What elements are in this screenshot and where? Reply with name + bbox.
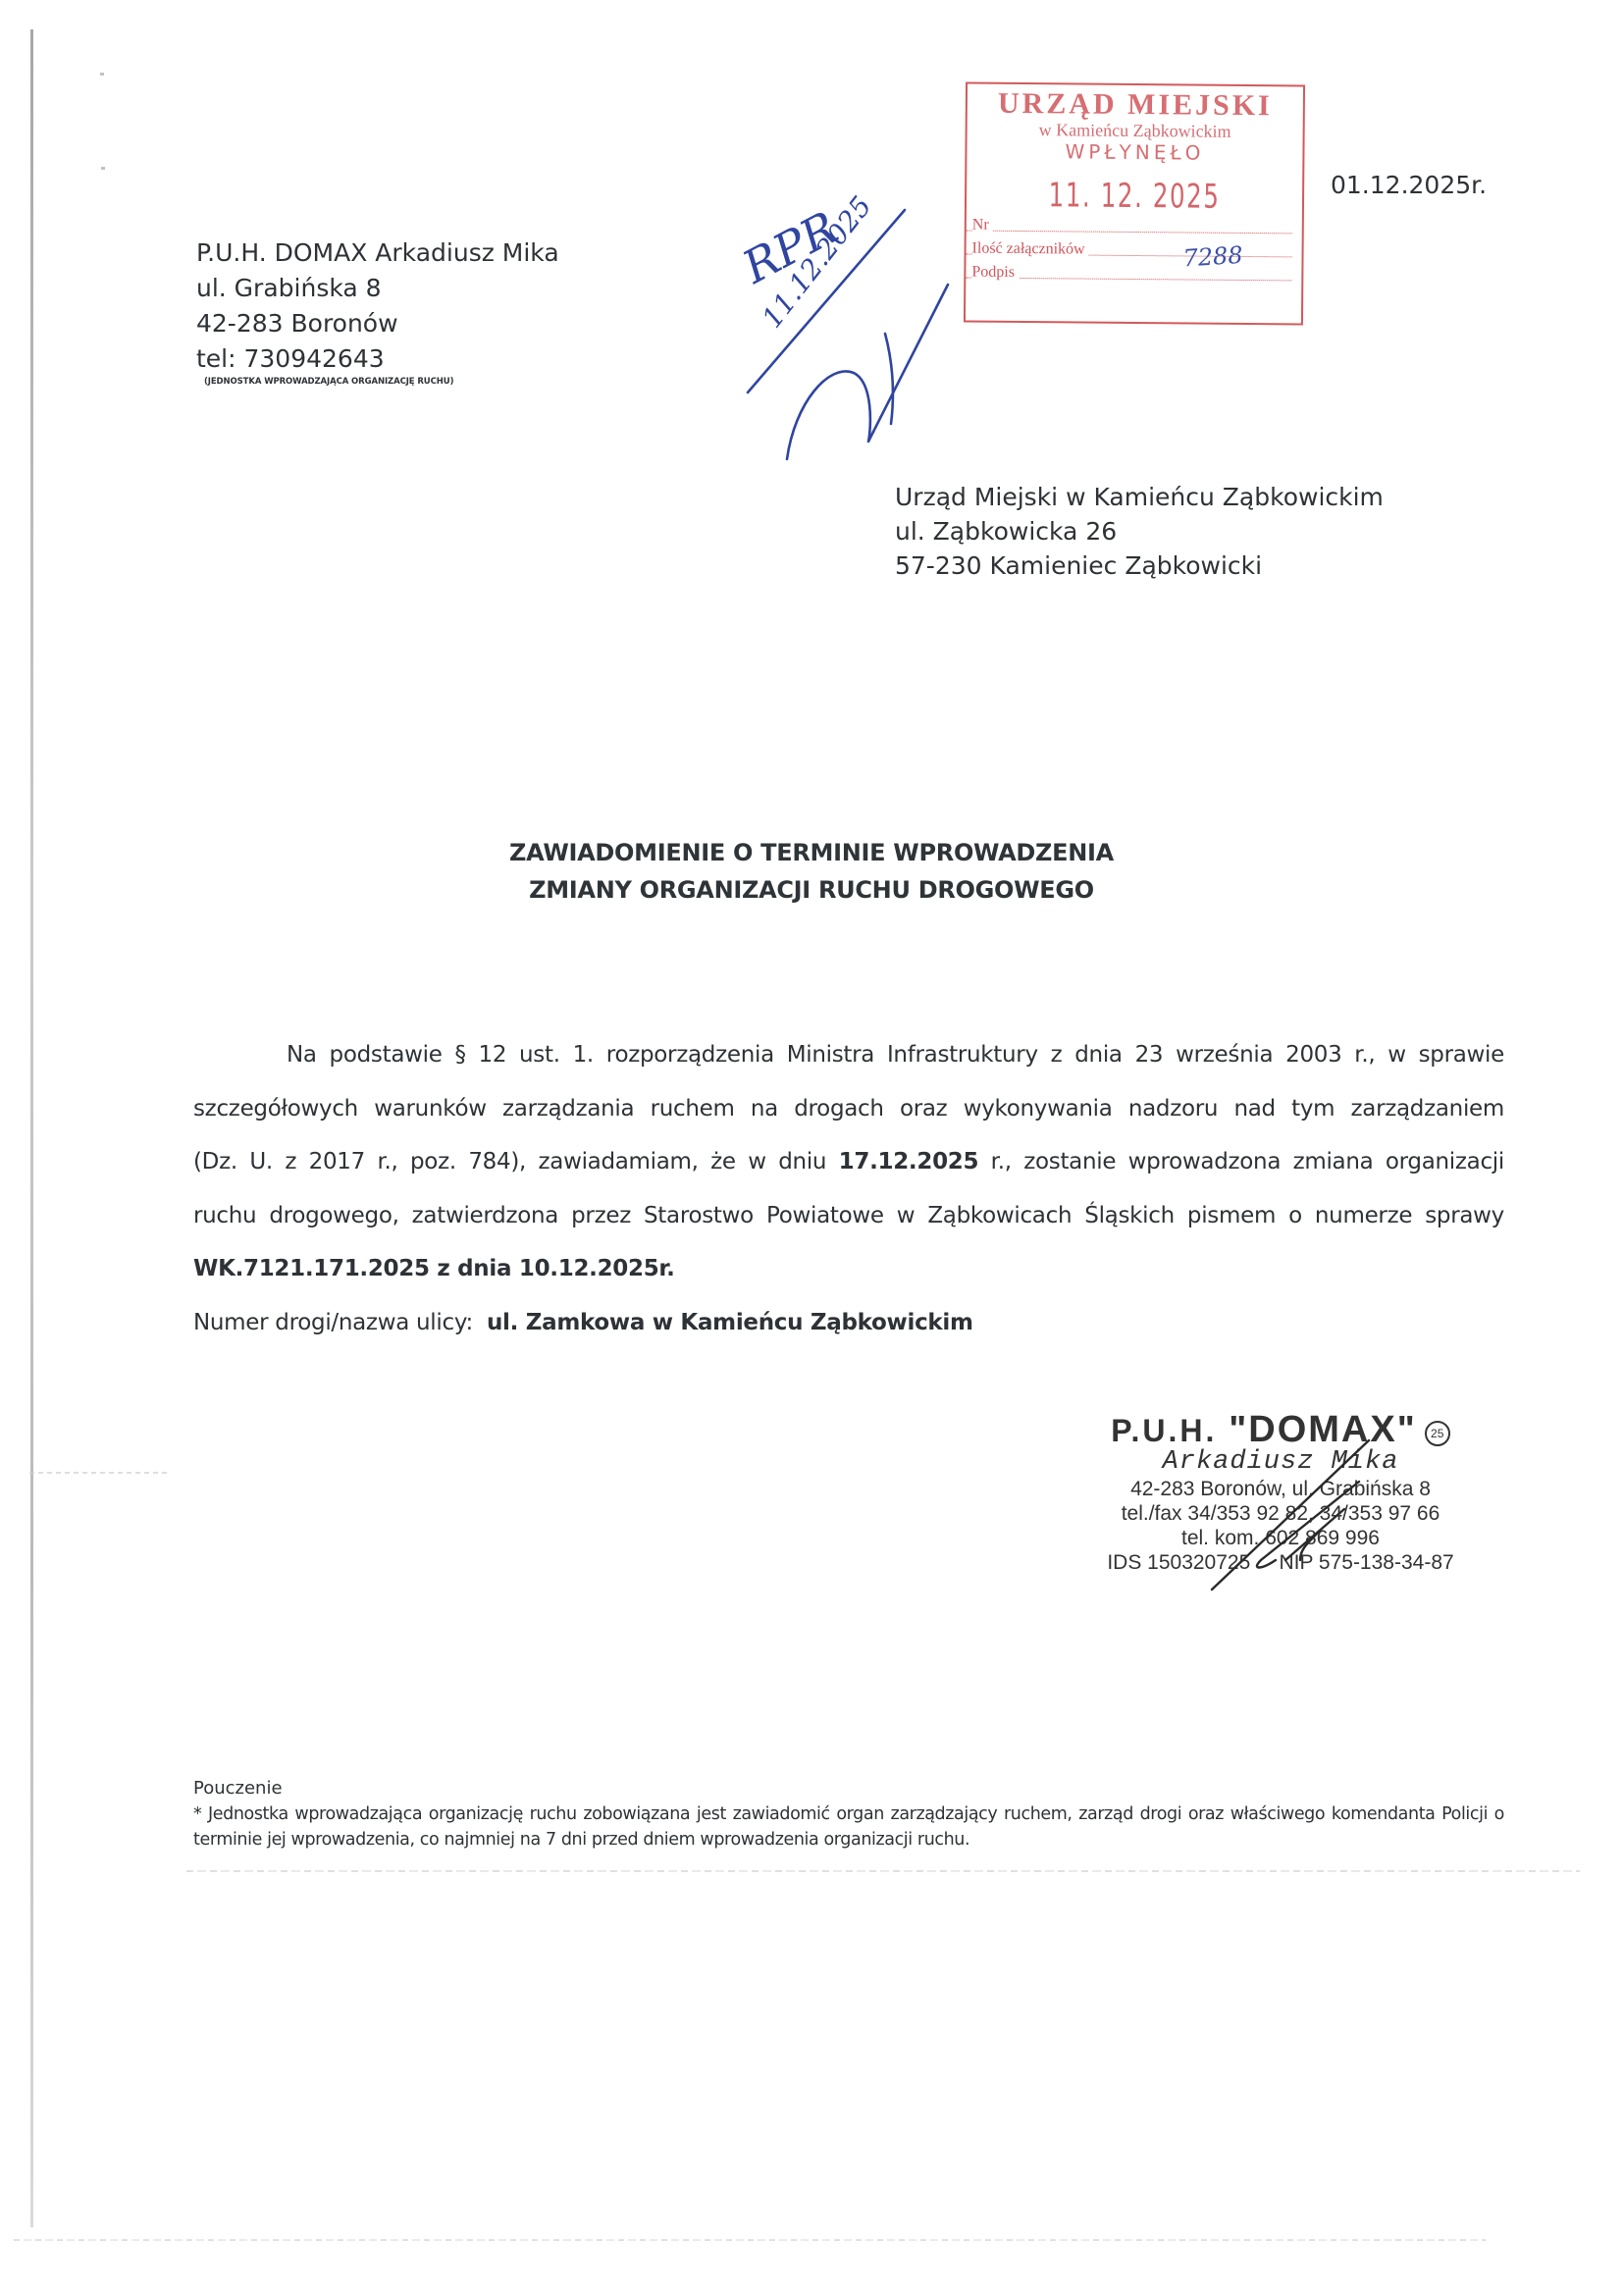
- body-line-3-post: r., zostanie wprowadzona zmiana organiza…: [978, 1149, 1504, 1174]
- body-line-2: szczegółowych warunków zarządzania ruche…: [193, 1082, 1504, 1136]
- scan-line: [29, 1472, 167, 1474]
- handwritten-annotation: RPR 11.12.2025: [726, 167, 971, 461]
- scan-speck: [101, 167, 105, 170]
- footer-text: * Jednostka wprowadzająca organizację ru…: [193, 1801, 1504, 1852]
- scan-edge-left: [30, 29, 33, 2227]
- recipient-city: 57-230 Kamieniec Ząbkowicki: [895, 548, 1384, 583]
- sender-name: P.U.H. DOMAX Arkadiusz Mika: [196, 235, 559, 271]
- document-title: ZAWIADOMIENIE O TERMINIE WPROWADZENIA ZM…: [0, 834, 1623, 909]
- recipient-block: Urząd Miejski w Kamieńcu Ząbkowickim ul.…: [895, 480, 1384, 583]
- stamp-field-label: Podpis: [971, 264, 1019, 281]
- received-stamp: URZĄD MIEJSKI w Kamieńcu Ząbkowickim WPŁ…: [964, 81, 1305, 325]
- recipient-street: ul. Ząbkowicka 26: [895, 514, 1384, 548]
- change-date: 17.12.2025: [839, 1149, 979, 1174]
- stamp-field-label: Ilość załączników: [972, 240, 1089, 258]
- stamp-registration-number: 7288: [1182, 241, 1244, 273]
- company-stamp: P.U.H. "DOMAX"25 Arkadiusz Mika 42-283 B…: [1065, 1413, 1496, 1575]
- title-line-2: ZMIANY ORGANIZACJI RUCHU DROGOWEGO: [0, 871, 1623, 909]
- stamp-field-label: Nr: [972, 217, 993, 234]
- sender-street: ul. Grabińska 8: [196, 271, 559, 306]
- road-label: Numer drogi/nazwa ulicy:: [193, 1310, 473, 1335]
- stamp-field-attachments: Ilość załączników: [966, 237, 1301, 264]
- stamp-field-signature: Podpis: [966, 261, 1301, 287]
- scan-line: [186, 1870, 1580, 1872]
- document-date: 01.12.2025r.: [1331, 171, 1487, 199]
- sender-city: 42-283 Boronów: [196, 306, 559, 341]
- case-reference: WK.7121.171.2025 z dnia 10.12.2025r.: [193, 1242, 1504, 1296]
- stamp-status: WPŁYNĘŁO: [967, 139, 1302, 166]
- title-line-1: ZAWIADOMIENIE O TERMINIE WPROWADZENIA: [0, 834, 1623, 871]
- road-value: ul. Zamkowa w Kamieńcu Ząbkowickim: [487, 1310, 973, 1335]
- body-line-3-pre: (Dz. U. z 2017 r., poz. 784), zawiadamia…: [193, 1149, 839, 1174]
- scan-line: [14, 2239, 1486, 2241]
- sender-role-note: (JEDNOSTKA WPROWADZAJĄCA ORGANIZACJĘ RUC…: [204, 375, 559, 389]
- scan-speck: [100, 73, 104, 76]
- road-line: Numer drogi/nazwa ulicy: ul. Zamkowa w K…: [193, 1296, 1504, 1350]
- footer-note: Pouczenie * Jednostka wprowadzająca orga…: [193, 1776, 1504, 1852]
- stamp-date: 11. 12. 2025: [1000, 177, 1269, 216]
- sender-phone: tel: 730942643: [196, 341, 559, 377]
- stamp-title: URZĄD MIEJSKI: [968, 88, 1303, 123]
- body-line-3: (Dz. U. z 2017 r., poz. 784), zawiadamia…: [193, 1135, 1504, 1189]
- document-body: Na podstawie § 12 ust. 1. rozporządzenia…: [193, 1028, 1504, 1349]
- sender-block: P.U.H. DOMAX Arkadiusz Mika ul. Grabińsk…: [196, 235, 559, 389]
- footer-title: Pouczenie: [193, 1776, 1504, 1801]
- body-line-4: ruchu drogowego, zatwierdzona przez Star…: [193, 1189, 1504, 1243]
- recipient-name: Urząd Miejski w Kamieńcu Ząbkowickim: [895, 480, 1384, 514]
- stamp-field-nr: Nr: [967, 214, 1302, 240]
- signature-icon: [1065, 1413, 1496, 1629]
- body-line-1: Na podstawie § 12 ust. 1. rozporządzenia…: [193, 1028, 1504, 1082]
